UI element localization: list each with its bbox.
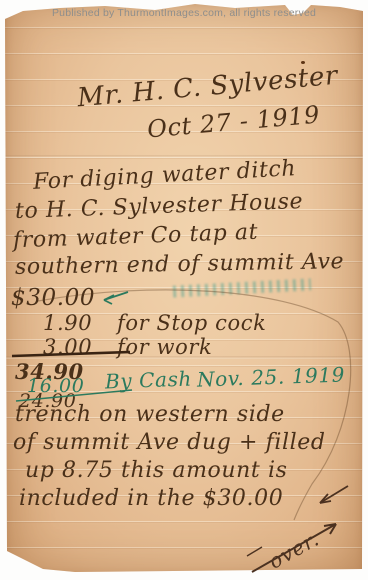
footnote-line-4: included in the $30.00 — [19, 487, 283, 511]
date-line: Oct 27 - 1919 — [146, 102, 321, 143]
footnote-line-1: trench on western side — [15, 403, 285, 427]
charge-amount-3: 3.00 — [43, 336, 92, 359]
watermark-text: Published by ThurmontImages.com, all rig… — [0, 7, 368, 19]
footnote-line-2: of summit Ave dug + filled — [13, 431, 326, 455]
paper-crease — [5, 155, 363, 158]
charge-note-3: for work — [117, 336, 212, 359]
description-line-2: to H. C. Sylvester House — [15, 190, 304, 224]
over-note: over. — [265, 527, 323, 572]
footnote-line-3: up 8.75 this amount is — [25, 459, 287, 483]
payment-date: Nov. 25. 1919 — [197, 363, 346, 390]
scanned-receipt: Published by ThurmontImages.com, all rig… — [0, 0, 368, 580]
charge-note-2: for Stop cock — [117, 312, 266, 335]
charge-amount-1: $30.00 — [11, 286, 95, 311]
ink-smudge — [173, 278, 311, 297]
description-line-4: southern end of summit Ave — [15, 250, 345, 280]
description-line-3: from water Co tap at — [13, 221, 259, 254]
charge-amount-2: 1.90 — [43, 312, 92, 335]
description-line-1: For diging water ditch — [33, 157, 297, 195]
payment-method: By Cash — [105, 367, 193, 392]
paper: Mr. H. C. Sylvester Oct 27 - 1919 For di… — [5, 3, 363, 575]
